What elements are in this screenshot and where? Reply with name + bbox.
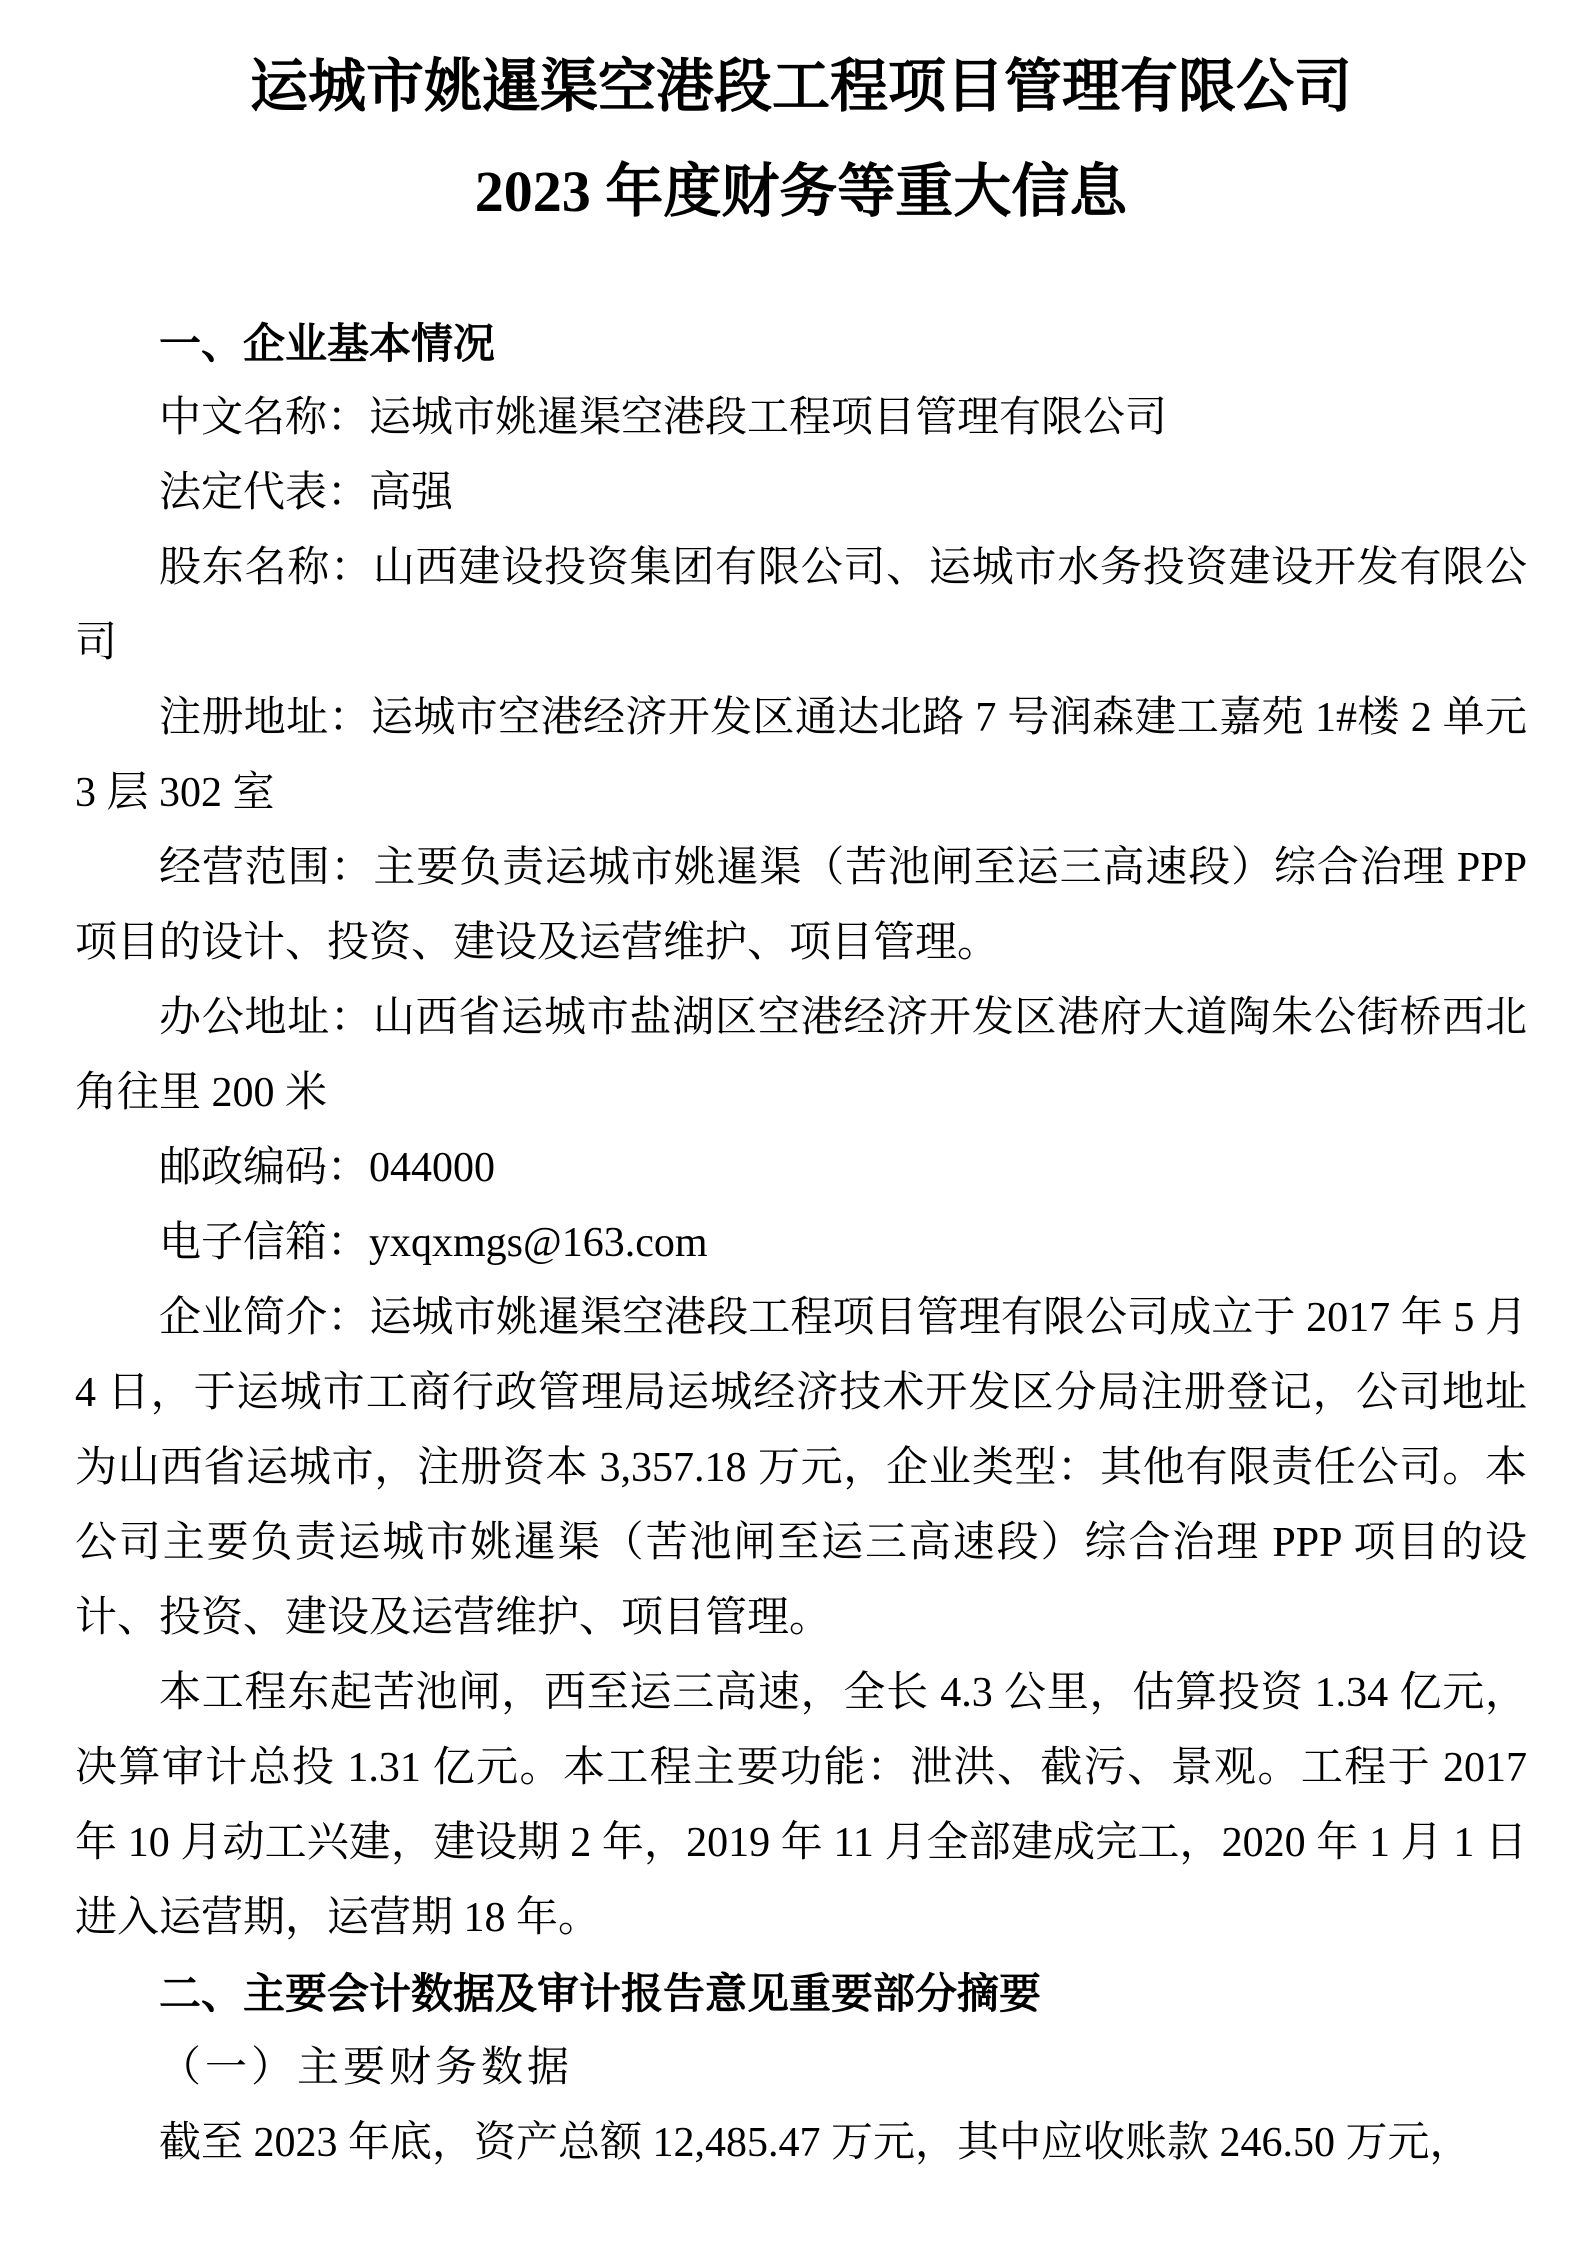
- subsection-2-1-heading: （一）主要财务数据: [75, 2031, 1527, 2106]
- section-1-heading: 一、企业基本情况: [75, 306, 1527, 381]
- para-shareholders: 股东名称：山西建设投资集团有限公司、运城市水务投资建设开发有限公司: [75, 531, 1527, 681]
- para-email: 电子信箱：yxqxmgs@163.com: [75, 1206, 1527, 1281]
- document-page: 运城市姚暹渠空港段工程项目管理有限公司 2023 年度财务等重大信息 一、企业基…: [0, 0, 1587, 2245]
- document-title-line-1: 运城市姚暹渠空港段工程项目管理有限公司: [75, 34, 1527, 139]
- para-office-address: 办公地址：山西省运城市盐湖区空港经济开发区港府大道陶朱公街桥西北角往里 200 …: [75, 981, 1527, 1131]
- para-postal-code: 邮政编码：044000: [75, 1131, 1527, 1206]
- para-legal-representative: 法定代表：高强: [75, 456, 1527, 531]
- para-project-overview: 本工程东起苦池闸，西至运三高速，全长 4.3 公里，估算投资 1.34 亿元，决…: [75, 1656, 1527, 1956]
- para-financial-data: 截至 2023 年底，资产总额 12,485.47 万元，其中应收账款 246.…: [75, 2106, 1527, 2181]
- para-registered-address: 注册地址：运城市空港经济开发区通达北路 7 号润森建工嘉苑 1#楼 2 单元 3…: [75, 681, 1527, 831]
- para-company-profile: 企业简介：运城市姚暹渠空港段工程项目管理有限公司成立于 2017 年 5 月 4…: [75, 1281, 1527, 1656]
- document-title: 运城市姚暹渠空港段工程项目管理有限公司 2023 年度财务等重大信息: [75, 34, 1527, 244]
- document-title-line-2: 2023 年度财务等重大信息: [75, 139, 1527, 244]
- para-chinese-name: 中文名称：运城市姚暹渠空港段工程项目管理有限公司: [75, 381, 1527, 456]
- section-2-heading: 二、主要会计数据及审计报告意见重要部分摘要: [75, 1956, 1527, 2031]
- para-business-scope: 经营范围：主要负责运城市姚暹渠（苦池闸至运三高速段）综合治理 PPP 项目的设计…: [75, 831, 1527, 981]
